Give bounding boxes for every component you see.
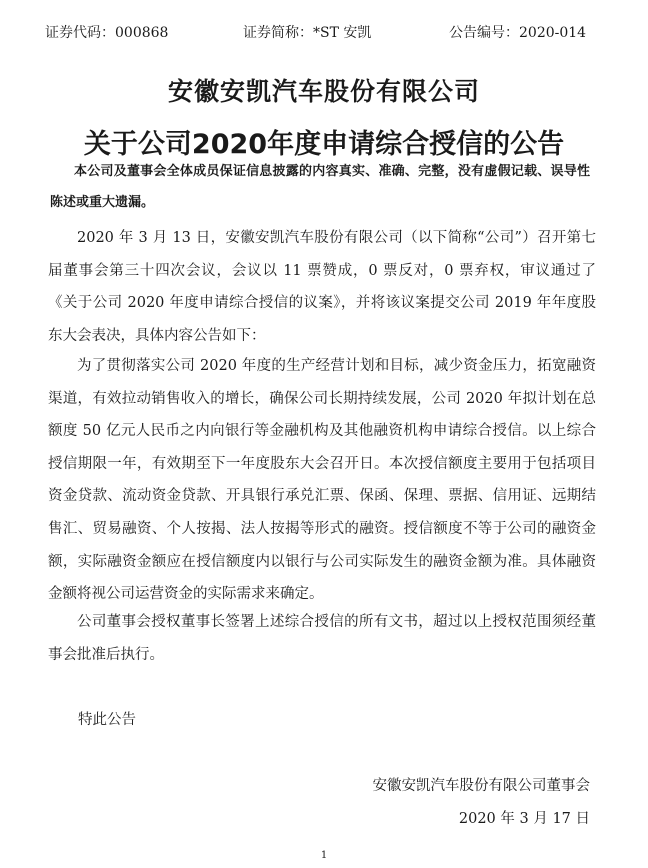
paragraph-authorization: 公司董事会授权董事长签署上述综合授信的所有文书，超过以上授权范围须经董事会批准后… xyxy=(48,606,596,671)
page-number: 1 xyxy=(0,850,648,861)
paragraph-meeting: 2020 年 3 月 13 日，安徽安凯汽车股份有限公司（以下简称“公司”）召开… xyxy=(48,222,596,352)
stock-code: 证券代码：000868 xyxy=(45,22,168,42)
company-title: 安徽安凯汽车股份有限公司 xyxy=(0,72,648,108)
stock-abbreviation: 证券简称：*ST 安凯 xyxy=(243,22,371,42)
document-header: 证券代码：000868 证券简称：*ST 安凯 公告编号：2020-014 xyxy=(0,22,648,46)
board-signature: 安徽安凯汽车股份有限公司董事会 xyxy=(373,774,591,795)
announcement-number: 公告编号：2020-014 xyxy=(449,22,586,42)
paragraph-credit-plan: 为了贯彻落实公司 2020 年度的生产经营计划和目标，减少资金压力，拓宽融资渠道… xyxy=(48,350,596,611)
disclosure-statement: 本公司及董事会全体成员保证信息披露的内容真实、准确、完整，没有虚假记载、误导性陈… xyxy=(50,156,590,218)
signature-date: 2020 年 3 月 17 日 xyxy=(459,807,590,828)
closing-phrase: 特此公告 xyxy=(78,708,136,729)
